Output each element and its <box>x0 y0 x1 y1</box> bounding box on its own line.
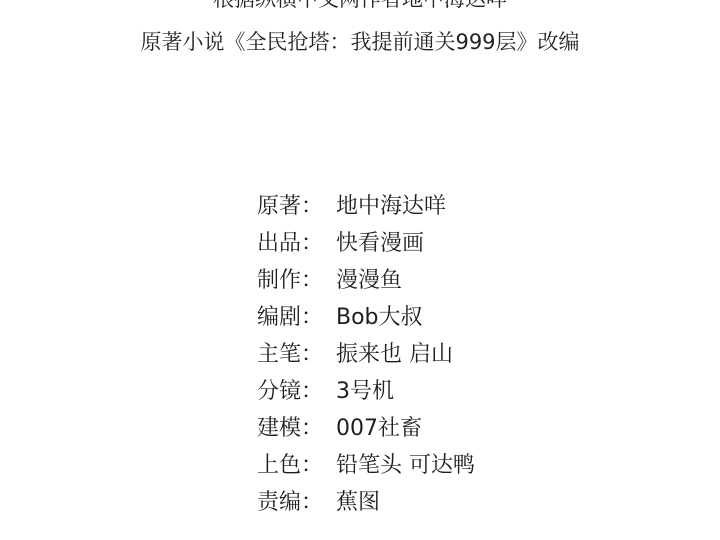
credit-label: 建模： <box>257 411 336 442</box>
credit-label: 编剧： <box>257 300 336 331</box>
credit-label: 责编： <box>257 485 336 516</box>
credit-value: 铅笔头 可达鸭 <box>336 448 475 479</box>
credit-label: 制作： <box>257 263 336 294</box>
source-attribution-line: 根据纵横中文网作者地中海达咩 <box>0 0 720 12</box>
credit-value: 3号机 <box>336 374 394 405</box>
credit-value: 地中海达咩 <box>336 189 446 220</box>
credit-value: 振来也 启山 <box>336 337 453 368</box>
adaptation-note-line: 原著小说《全民抢塔：我提前通关999层》改编 <box>0 29 720 55</box>
credit-row-screenwriter: 编剧： Bob大叔 <box>257 297 475 334</box>
credit-label: 上色： <box>257 448 336 479</box>
credit-row-production: 制作： 漫漫鱼 <box>257 260 475 297</box>
credits-list: 原著： 地中海达咩 出品： 快看漫画 制作： 漫漫鱼 编剧： Bob大叔 主笔：… <box>257 186 475 519</box>
credit-value: Bob大叔 <box>336 300 423 331</box>
credit-label: 主笔： <box>257 337 336 368</box>
credit-row-publisher: 出品： 快看漫画 <box>257 223 475 260</box>
credit-row-coloring: 上色： 铅笔头 可达鸭 <box>257 445 475 482</box>
credit-row-editor: 责编： 蕉图 <box>257 482 475 519</box>
credit-value: 蕉图 <box>336 485 380 516</box>
credit-value: 快看漫画 <box>336 226 424 257</box>
credit-label: 分镜： <box>257 374 336 405</box>
credit-row-lead-artist: 主笔： 振来也 启山 <box>257 334 475 371</box>
credit-row-modeling: 建模： 007社畜 <box>257 408 475 445</box>
credit-label: 原著： <box>257 189 336 220</box>
credit-label: 出品： <box>257 226 336 257</box>
credit-row-storyboard: 分镜： 3号机 <box>257 371 475 408</box>
credit-row-original-author: 原著： 地中海达咩 <box>257 186 475 223</box>
credit-value: 007社畜 <box>336 411 422 442</box>
credits-page: 根据纵横中文网作者地中海达咩 原著小说《全民抢塔：我提前通关999层》改编 原著… <box>0 0 720 540</box>
credit-value: 漫漫鱼 <box>336 263 402 294</box>
